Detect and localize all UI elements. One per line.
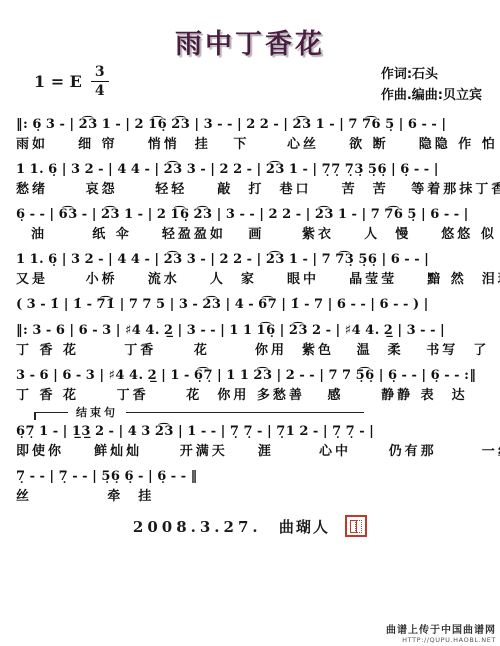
watermark-url: HTTP://QUPU.HAOBL.NET <box>386 636 496 644</box>
key-signature: 1 = E 3 4 <box>34 65 109 98</box>
lyrics-line: 丁 香 花 丁香 花 你用 紫色 温 柔 书写 了 她 <box>16 342 500 359</box>
notation-line: 7̣ - - | 7̣ - - | 5̣6̣ 6̣ - | 6̣ - - ‖ <box>16 467 500 486</box>
lyrics-line: 丝 牵 挂 <box>16 488 500 505</box>
time-signature-denominator: 4 <box>95 82 105 98</box>
notation-line: ( 3 - 1̇ | 1̇ - 7͡1̇ | 7 7 5 | 3 - 2͡3 |… <box>16 295 500 314</box>
time-signature: 3 4 <box>91 65 109 98</box>
transcriber-name: 曲瑚人 <box>279 518 330 536</box>
score-header: 1 = E 3 4 作词:石头 作曲.编曲:贝立宾 <box>0 63 500 107</box>
watermark-site-name: 曲谱上传于中国曲谱网 <box>386 621 496 636</box>
score-line-3: 6̣ - - | 6͡3 - | 2͡3 1 - | 2 1͡6̣ 2͡3 | … <box>16 205 500 243</box>
ending-phrase-label: 结束句 <box>68 404 126 420</box>
notation-line: ‖: 3 - 6 | 6 - 3 | ♯4 4. 2̲ | 3 - - | 1 … <box>16 321 500 340</box>
notation-line: ‖: 6̣ 3 - | 2͡3 1 - | 2 1͡6̣ 2͡3 | 3 - -… <box>16 115 500 134</box>
lyrics-line: 即使你 鲜灿灿 开满天 涯 心中 仍有那 一丝 <box>16 443 500 460</box>
score-body: ‖: 6̣ 3 - | 2͡3 1 - | 2 1͡6̣ 2͡3 | 3 - -… <box>0 115 500 505</box>
key-tonic: 1 = E <box>34 72 82 91</box>
notation-line: 1 1. 6̣ | 3 2 - | 4 4 - | 2͡3 3 - | 2 2 … <box>16 160 500 179</box>
lyrics-line: 油 纸 伞 轻盈盈如 画 紫衣 人 慢 悠悠 似 她 <box>16 226 500 243</box>
lyrics-line: 愁绪 哀怨 轻轻 敲 打 巷口 苦 苦 等着那抹丁香 花 <box>16 181 500 198</box>
score-line-7: 3 - 6 | 6 - 3 | ♯4 4. 2̲ | 1 - 6̣͡7̣ | 1… <box>16 366 500 404</box>
score-line-6: ‖: 3 - 6 | 6 - 3 | ♯4 4. 2̲ | 3 - - | 1 … <box>16 321 500 359</box>
composer-credit: 作曲.编曲:贝立宾 <box>381 86 482 107</box>
song-title: 雨中丁香花 <box>0 22 500 61</box>
score-line-5-interlude: ( 3 - 1̇ | 1̇ - 7͡1̇ | 7 7 5 | 3 - 2͡3 |… <box>16 295 500 314</box>
time-signature-numerator: 3 <box>91 65 109 82</box>
score-line-1: ‖: 6̣ 3 - | 2͡3 1 - | 2 1͡6̣ 2͡3 | 3 - -… <box>16 115 500 153</box>
site-watermark: 曲谱上传于中国曲谱网 HTTP://QUPU.HAOBL.NET <box>386 621 496 644</box>
score-footer: 2008.3.27. 曲瑚人 <box>0 515 500 537</box>
credits: 作词:石头 作曲.编曲:贝立宾 <box>381 65 482 107</box>
notation-line: 6̣ - - | 6͡3 - | 2͡3 1 - | 2 1͡6̣ 2͡3 | … <box>16 205 500 224</box>
red-seal-stamp <box>345 515 367 537</box>
lyrics-line: 又是 小桥 流水 人 家 眼中 晶莹莹 黯 然 泪珠挂 <box>16 271 500 288</box>
notation-line: 1 1. 6̣ | 3 2 - | 4 4 - | 2͡3 3 - | 2 2 … <box>16 250 500 269</box>
score-line-4: 1 1. 6̣ | 3 2 - | 4 4 - | 2͡3 3 - | 2 2 … <box>16 250 500 288</box>
lyrics-line: 雨如 细 帘 悄悄 挂 下 心丝 欲 断 隐隐 作 怕 <box>16 136 500 153</box>
ending-phrase-bracket: 结束句 <box>34 412 364 421</box>
score-line-2: 1 1. 6̣ | 3 2 - | 4 4 - | 2͡3 3 - | 2 2 … <box>16 160 500 198</box>
score-line-9: 7̣ - - | 7̣ - - | 5̣6̣ 6̣ - | 6̣ - - ‖ 丝… <box>16 467 500 505</box>
notation-line: 3 - 6 | 6 - 3 | ♯4 4. 2̲ | 1 - 6̣͡7̣ | 1… <box>16 366 500 385</box>
score-line-8: 6̣7̣ 1 - | 1̲3̲ 2 - | 4 3 2͡3 | 1 - - | … <box>16 422 500 460</box>
lyrics-line: 丁 香 花 丁香 花 你用 多愁善 感 静静 表 达 <box>16 387 500 404</box>
lyricist-credit: 作词:石头 <box>381 65 482 86</box>
notation-line: 6̣7̣ 1 - | 1̲3̲ 2 - | 4 3 2͡3 | 1 - - | … <box>16 422 500 441</box>
composition-date: 2008.3.27. <box>133 518 262 536</box>
